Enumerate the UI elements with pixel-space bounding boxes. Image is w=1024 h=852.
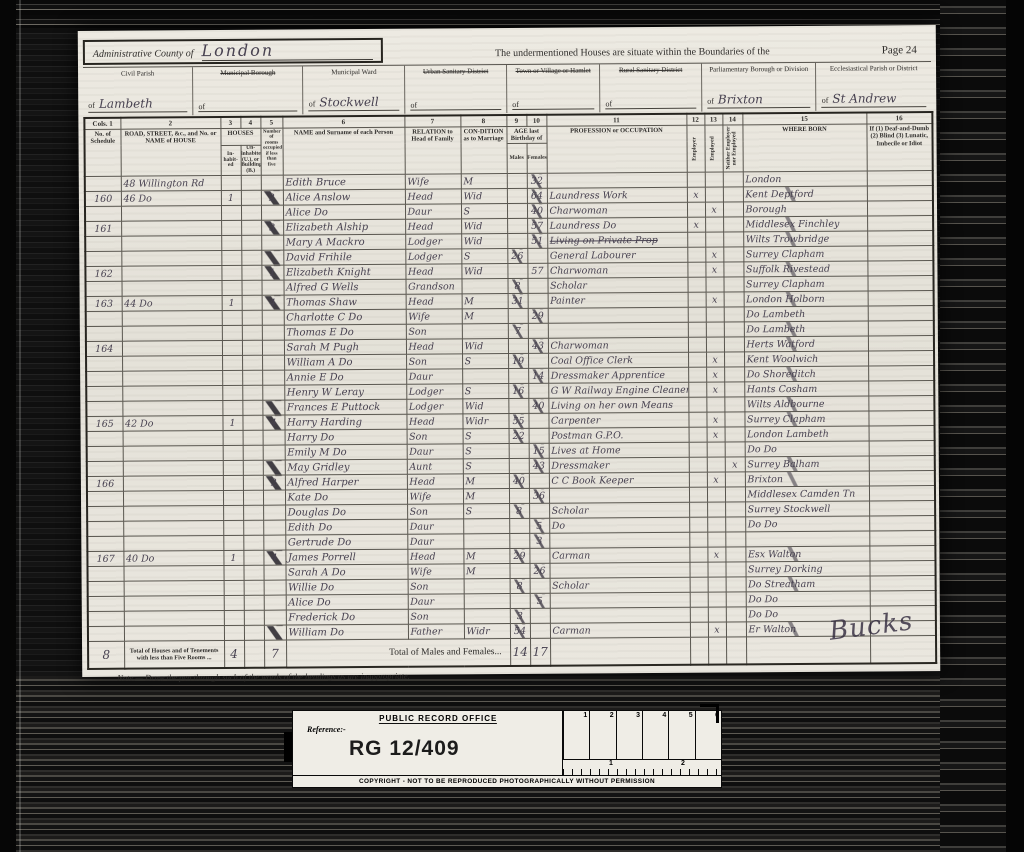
col-header-neither: Neither Employer nor Employed xyxy=(722,124,742,172)
name-cell: Willie Do xyxy=(286,579,408,595)
inhabited-cell xyxy=(221,221,241,236)
employed-mark-cell xyxy=(707,517,725,532)
rooms-cell xyxy=(262,370,284,385)
condition-cell: S xyxy=(461,204,507,219)
col-header-uninhabited: Un-inhabited (U.), or Building (B.) xyxy=(241,145,261,175)
address-cell xyxy=(123,461,223,477)
employed-mark-cell: x xyxy=(706,412,724,427)
employer-mark-cell xyxy=(688,307,706,322)
ruler-inch-mark: 1 xyxy=(609,760,613,767)
age-female-cell: 40 xyxy=(527,203,547,218)
occupation-cell: Laundress Do xyxy=(547,217,687,233)
age-female-cell: 15 xyxy=(529,443,549,458)
stamp-copyright-line: COPYRIGHT - NOT TO BE REPRODUCED PHOTOGR… xyxy=(293,775,721,787)
age-male-cell: 55 xyxy=(508,414,528,429)
relation-cell: Son xyxy=(408,609,464,624)
uninhabited-cell xyxy=(241,235,261,250)
condition-cell: S xyxy=(463,459,509,474)
infirmity-cell xyxy=(869,531,935,546)
name-cell: Thomas Shaw xyxy=(284,294,406,310)
rooms-cell xyxy=(263,505,285,520)
column-number: 2 xyxy=(120,117,220,129)
born-cell: Borough xyxy=(743,201,867,217)
neither-mark-cell xyxy=(725,427,745,442)
age-male-cell xyxy=(509,459,529,474)
name-cell: Elizabeth Knight xyxy=(283,264,405,280)
neither-mark-cell xyxy=(725,517,745,532)
neither-mark-cell xyxy=(724,322,744,337)
uninhabited-cell xyxy=(242,400,262,415)
name-cell: May Gridley xyxy=(285,459,407,475)
occupation-cell xyxy=(548,307,688,323)
uninhabited-cell xyxy=(242,415,262,430)
condition-cell: S xyxy=(462,384,508,399)
employer-mark-cell xyxy=(689,427,707,442)
address-cell xyxy=(122,371,222,387)
age-female-cell xyxy=(528,413,548,428)
rooms-cell xyxy=(262,325,284,340)
uninhabited-cell xyxy=(241,250,261,265)
neither-mark-cell: x xyxy=(725,457,745,472)
district-of-word: of xyxy=(88,101,95,110)
employer-mark-cell xyxy=(688,412,706,427)
address-cell xyxy=(122,311,222,327)
inhabited-cell xyxy=(221,251,241,266)
employer-mark-cell xyxy=(688,397,706,412)
uninhabited-cell xyxy=(243,550,263,565)
col-header-road: ROAD, STREET, &c., and No. or NAME of HO… xyxy=(120,128,220,176)
age-female-cell: 5 xyxy=(530,593,550,608)
col-header-rooms: Number of rooms occupied if less than fi… xyxy=(260,128,282,176)
district-label: Rural Sanitary District xyxy=(603,66,698,75)
inhabited-cell xyxy=(223,431,243,446)
age-male-cell xyxy=(508,399,528,414)
age-male-cell: 31 xyxy=(508,294,528,309)
address-cell xyxy=(122,401,222,417)
age-male-cell: 3 xyxy=(510,609,530,624)
name-cell: Thomas E Do xyxy=(284,324,406,340)
condition-cell: M xyxy=(463,489,509,504)
occupation-cell xyxy=(549,562,689,578)
district-label: Civil Parish xyxy=(86,69,189,78)
age-female-cell: 57 xyxy=(527,218,547,233)
address-cell xyxy=(121,266,221,282)
address-cell: 42 Do xyxy=(122,416,222,432)
occupation-cell: Living on her own Means xyxy=(548,397,688,413)
column-number: 15 xyxy=(742,112,866,124)
condition-cell: S xyxy=(463,444,509,459)
condition-cell xyxy=(462,369,508,384)
rooms-cell: 1 xyxy=(261,265,283,280)
address-cell xyxy=(124,581,224,597)
stamp-office-title: PUBLIC RECORD OFFICE xyxy=(379,714,497,724)
born-cell: Do Shoreditch xyxy=(744,366,868,382)
name-cell: Annie E Do xyxy=(284,369,406,385)
neither-mark-cell xyxy=(723,277,743,292)
occupation-cell: Carman xyxy=(550,622,690,638)
occupation-cell: Living on Private Prop xyxy=(547,232,687,248)
schedule-cell xyxy=(87,431,123,446)
column-number: 14 xyxy=(722,113,742,124)
age-female-cell xyxy=(530,623,550,638)
condition-cell: Widr xyxy=(464,624,510,639)
column-number: 6 xyxy=(282,116,404,128)
occupation-cell: Charwoman xyxy=(548,337,688,353)
inhabited-cell: 1 xyxy=(222,416,242,431)
inhabited-cell xyxy=(224,611,244,626)
employer-mark-cell xyxy=(690,607,708,622)
employer-mark-cell xyxy=(689,547,707,562)
neither-mark-cell xyxy=(723,232,743,247)
census-table: Cols. 12345678910111213141516 No. of Sch… xyxy=(83,111,937,670)
col-header-infirmity: If (1) Deaf-and-Dumb (2) Blind (3) Lunat… xyxy=(866,123,932,171)
employed-mark-cell xyxy=(708,577,726,592)
totals-houses: 4 xyxy=(224,641,244,668)
inhabited-cell xyxy=(223,506,243,521)
occupation-cell xyxy=(550,592,690,608)
film-edge-left xyxy=(0,0,16,852)
rooms-cell xyxy=(263,430,285,445)
inhabited-cell xyxy=(223,521,243,536)
name-cell: Mary A Mackro xyxy=(283,234,405,250)
district-value-handwritten: Lambeth xyxy=(99,98,153,112)
district-section: Municipal Boroughof xyxy=(193,66,304,115)
district-of-word: of xyxy=(198,102,205,111)
relation-cell: Daur xyxy=(407,444,463,459)
rooms-cell xyxy=(261,235,283,250)
page-number: Page 24 xyxy=(882,44,931,59)
infirmity-cell xyxy=(869,441,935,456)
born-cell: Wilts Aldbourne xyxy=(744,396,868,412)
born-cell: Kent Woolwich xyxy=(744,351,868,367)
occupation-cell: Charwoman xyxy=(547,262,687,278)
column-number: 5 xyxy=(260,117,282,128)
employer-mark-cell xyxy=(689,487,707,502)
relation-cell: Son xyxy=(406,324,462,339)
ruler-cm-mark: 3 xyxy=(616,711,642,759)
infirmity-cell xyxy=(867,231,933,246)
employed-mark-cell xyxy=(707,562,725,577)
address-cell: 48 Willington Rd xyxy=(121,176,221,192)
rooms-cell: 3 xyxy=(261,220,283,235)
rooms-cell xyxy=(263,460,285,475)
infirmity-cell xyxy=(868,366,934,381)
age-female-cell: 51 xyxy=(527,233,547,248)
address-cell xyxy=(121,221,221,237)
inhabited-cell: 1 xyxy=(223,551,243,566)
address-cell xyxy=(123,536,223,552)
employed-mark-cell: x xyxy=(706,367,724,382)
employed-mark-cell xyxy=(706,337,724,352)
age-female-cell: 57 xyxy=(527,263,547,278)
rooms-cell xyxy=(262,400,284,415)
employed-mark-cell xyxy=(706,397,724,412)
rooms-cell xyxy=(262,385,284,400)
stamp-ruler: 123456 12 xyxy=(562,711,721,775)
rooms-cell xyxy=(262,280,284,295)
inhabited-cell xyxy=(223,476,243,491)
age-male-cell: 8 xyxy=(509,504,529,519)
district-value-handwritten: Stockwell xyxy=(319,96,378,110)
neither-mark-cell xyxy=(726,607,746,622)
ruler-cm-mark: 2 xyxy=(589,711,615,759)
employer-mark-cell xyxy=(690,592,708,607)
col-header-rooms-text: Number of rooms occupied if less than fi… xyxy=(263,129,280,168)
occupation-cell: Carpenter xyxy=(548,412,688,428)
district-label: Urban Sanitary District xyxy=(408,67,503,76)
born-cell: Do Do xyxy=(745,516,869,532)
employed-mark-cell: x xyxy=(705,247,723,262)
born-cell: Kent Deptford xyxy=(743,186,867,202)
column-number: 9 xyxy=(506,115,526,126)
born-cell: Do Do xyxy=(745,441,869,457)
relation-cell: Son xyxy=(407,504,463,519)
age-female-cell xyxy=(528,353,548,368)
uninhabited-cell xyxy=(243,505,263,520)
inhabited-cell: 1 xyxy=(222,296,242,311)
occupation-cell: Scholar xyxy=(547,277,687,293)
district-section: Ecclesiastical Parish or DistrictofSt An… xyxy=(816,62,931,111)
address-cell xyxy=(122,281,222,297)
rooms-cell xyxy=(262,340,284,355)
age-male-cell xyxy=(508,369,528,384)
name-cell: Alice Do xyxy=(283,204,405,220)
name-cell: Emily M Do xyxy=(285,444,407,460)
rooms-cell xyxy=(262,355,284,370)
occupation-cell: Carman xyxy=(549,547,689,563)
district-section: Rural Sanitary Districtof xyxy=(600,64,702,113)
employed-mark-cell xyxy=(705,217,723,232)
public-record-office-stamp: PUBLIC RECORD OFFICE Reference:- RG 12/4… xyxy=(292,710,722,788)
district-of-line: of xyxy=(198,101,297,112)
age-male-cell: 26 xyxy=(507,249,527,264)
age-female-cell: 43 xyxy=(528,338,548,353)
condition-cell: M xyxy=(462,294,508,309)
neither-mark-cell xyxy=(726,622,746,637)
age-female-cell xyxy=(528,293,548,308)
born-cell: Middlesex Finchley xyxy=(743,216,867,232)
age-male-cell xyxy=(507,219,527,234)
schedule-cell: 166 xyxy=(87,476,123,491)
uninhabited-cell xyxy=(243,475,263,490)
age-male-cell xyxy=(509,444,529,459)
address-cell xyxy=(123,431,223,447)
employed-mark-cell xyxy=(705,277,723,292)
rooms-cell xyxy=(263,520,285,535)
totals-males: 14 xyxy=(510,639,530,666)
district-label: Parliamentary Borough or Division xyxy=(705,65,813,74)
district-of-word: of xyxy=(309,100,316,109)
condition-cell xyxy=(464,609,510,624)
inhabited-cell xyxy=(222,356,242,371)
name-cell: Edith Do xyxy=(285,519,407,535)
schedule-cell xyxy=(86,401,122,416)
age-female-cell xyxy=(528,383,548,398)
occupation-cell: Dressmaker Apprentice xyxy=(548,367,688,383)
ruler-inch-mark: 2 xyxy=(681,760,685,767)
relation-cell: Son xyxy=(408,579,464,594)
born-cell: Esx Walton xyxy=(745,546,869,562)
employed-mark-cell xyxy=(707,487,725,502)
occupation-cell: Laundress Work xyxy=(547,187,687,203)
col-header-neither-text: Neither Employer nor Employed xyxy=(727,126,739,170)
name-cell: Alfred Harper xyxy=(285,474,407,490)
infirmity-cell xyxy=(867,186,933,201)
uninhabited-cell xyxy=(244,625,264,640)
occupation-cell xyxy=(549,487,689,503)
age-female-cell xyxy=(530,578,550,593)
neither-mark-cell xyxy=(723,217,743,232)
relation-cell: Head xyxy=(406,414,462,429)
address-cell xyxy=(124,596,224,612)
neither-mark-cell xyxy=(724,337,744,352)
schedule-cell xyxy=(88,611,124,626)
condition-cell: M xyxy=(463,474,509,489)
schedule-cell xyxy=(85,236,121,251)
relation-cell: Head xyxy=(406,294,462,309)
neither-mark-cell xyxy=(724,307,744,322)
occupation-cell: C C Book Keeper xyxy=(549,472,689,488)
district-value-handwritten: Brixton xyxy=(718,93,763,107)
relation-cell: Son xyxy=(406,354,462,369)
born-cell: Do Streatham xyxy=(746,576,870,592)
uninhabited-cell xyxy=(243,565,263,580)
occupation-cell: Lives at Home xyxy=(549,442,689,458)
uninhabited-cell xyxy=(243,520,263,535)
district-of-word: of xyxy=(707,97,714,106)
neither-mark-cell xyxy=(726,592,746,607)
born-cell: Surrey Balham xyxy=(745,456,869,472)
rooms-cell xyxy=(264,595,286,610)
inhabited-cell xyxy=(223,446,243,461)
rooms-cell xyxy=(264,625,286,640)
rooms-cell xyxy=(261,175,283,190)
address-cell: 46 Do xyxy=(121,191,221,207)
address-cell xyxy=(121,236,221,252)
inhabited-cell xyxy=(221,266,241,281)
rooms-cell xyxy=(263,535,285,550)
age-male-cell xyxy=(508,339,528,354)
uninhabited-cell xyxy=(244,580,264,595)
occupation-cell: Painter xyxy=(548,292,688,308)
relation-cell: Wife xyxy=(407,489,463,504)
uninhabited-cell xyxy=(243,460,263,475)
neither-mark-cell xyxy=(726,577,746,592)
born-cell: London xyxy=(743,171,867,187)
schedule-cell xyxy=(85,206,121,221)
rooms-cell xyxy=(261,250,283,265)
employed-mark-cell: x xyxy=(707,472,725,487)
name-cell: Douglas Do xyxy=(285,504,407,520)
census-rows: 48 Willington RdEdith BruceWifeM32London… xyxy=(85,171,936,642)
infirmity-cell xyxy=(870,576,936,591)
totals-females: 17 xyxy=(530,638,550,665)
condition-cell: M xyxy=(463,549,509,564)
schedule-cell: 161 xyxy=(85,221,121,236)
schedule-cell: 167 xyxy=(87,551,123,566)
stamp-body: PUBLIC RECORD OFFICE Reference:- RG 12/4… xyxy=(293,711,721,775)
col-header-where-born: WHERE BORN xyxy=(742,123,866,172)
infirmity-cell xyxy=(869,561,935,576)
col-header-profession: PROFESSION or OCCUPATION xyxy=(546,125,686,174)
col-header-employed: Employed xyxy=(704,125,722,173)
name-cell: Sarah A Do xyxy=(285,564,407,580)
name-cell: Sarah M Pugh xyxy=(284,339,406,355)
occupation-cell: Scholar xyxy=(550,577,690,593)
address-cell: 44 Do xyxy=(122,296,222,312)
uninhabited-cell xyxy=(241,265,261,280)
address-cell xyxy=(122,356,222,372)
inhabited-cell xyxy=(223,566,243,581)
relation-cell: Wife xyxy=(406,309,462,324)
rooms-cell xyxy=(264,580,286,595)
name-cell: William Do xyxy=(286,624,408,640)
uninhabited-cell xyxy=(242,340,262,355)
neither-mark-cell xyxy=(725,547,745,562)
rooms-cell: 2 xyxy=(261,190,283,205)
neither-mark-cell xyxy=(724,352,744,367)
infirmity-cell xyxy=(868,321,934,336)
schedule-cell xyxy=(87,461,123,476)
employed-mark-cell: x xyxy=(706,292,724,307)
district-header-row: Civil ParishofLambethMunicipal Boroughof… xyxy=(83,61,931,116)
rooms-cell: 2 xyxy=(263,475,285,490)
age-female-cell: 32 xyxy=(527,173,547,188)
born-cell: Herts Watford xyxy=(744,336,868,352)
employer-mark-cell xyxy=(688,337,706,352)
age-female-cell: 29 xyxy=(528,308,548,323)
address-cell xyxy=(123,446,223,462)
employer-mark-cell xyxy=(689,472,707,487)
born-cell: Surrey Clapham xyxy=(744,411,868,427)
inhabited-cell xyxy=(223,536,243,551)
infirmity-cell xyxy=(868,396,934,411)
schedule-cell xyxy=(88,596,124,611)
schedule-cell xyxy=(86,311,122,326)
totals-neither xyxy=(726,637,746,664)
rooms-cell xyxy=(262,310,284,325)
name-cell: Frances E Puttock xyxy=(284,399,406,415)
employed-mark-cell xyxy=(705,232,723,247)
employer-mark-cell xyxy=(688,382,706,397)
schedule-cell xyxy=(87,491,123,506)
condition-cell: Wid xyxy=(462,399,508,414)
col-header-condition: CON-DITION as to Marriage xyxy=(460,126,506,174)
born-cell: Wilts Trowbridge xyxy=(743,231,867,247)
age-male-cell: 54 xyxy=(510,624,530,639)
occupation-cell xyxy=(547,172,687,188)
employed-mark-cell xyxy=(708,607,726,622)
occupation-cell: Coal Office Clerk xyxy=(548,352,688,368)
name-cell: William A Do xyxy=(284,354,406,370)
born-cell: Do Lambeth xyxy=(744,321,868,337)
film-edge-line xyxy=(19,0,21,852)
col-header-schedule: No. of Schedule xyxy=(84,129,120,177)
col-header-houses: HOUSES xyxy=(220,128,260,146)
totals-row: 8 Total of Houses and of Tenements with … xyxy=(88,636,936,669)
district-of-line: of xyxy=(410,100,501,111)
infirmity-cell xyxy=(869,456,935,471)
age-male-cell: 19 xyxy=(508,354,528,369)
inhabited-cell xyxy=(222,341,242,356)
uninhabited-cell xyxy=(243,535,263,550)
district-label: Town or Village or Hamlet xyxy=(510,66,596,75)
born-cell: Suffolk Rivestead xyxy=(743,261,867,277)
undermentioned-text: The undermentioned Houses are situate wi… xyxy=(383,45,882,62)
relation-cell: Head xyxy=(407,549,463,564)
address-cell xyxy=(124,611,224,627)
infirmity-cell xyxy=(870,591,936,606)
